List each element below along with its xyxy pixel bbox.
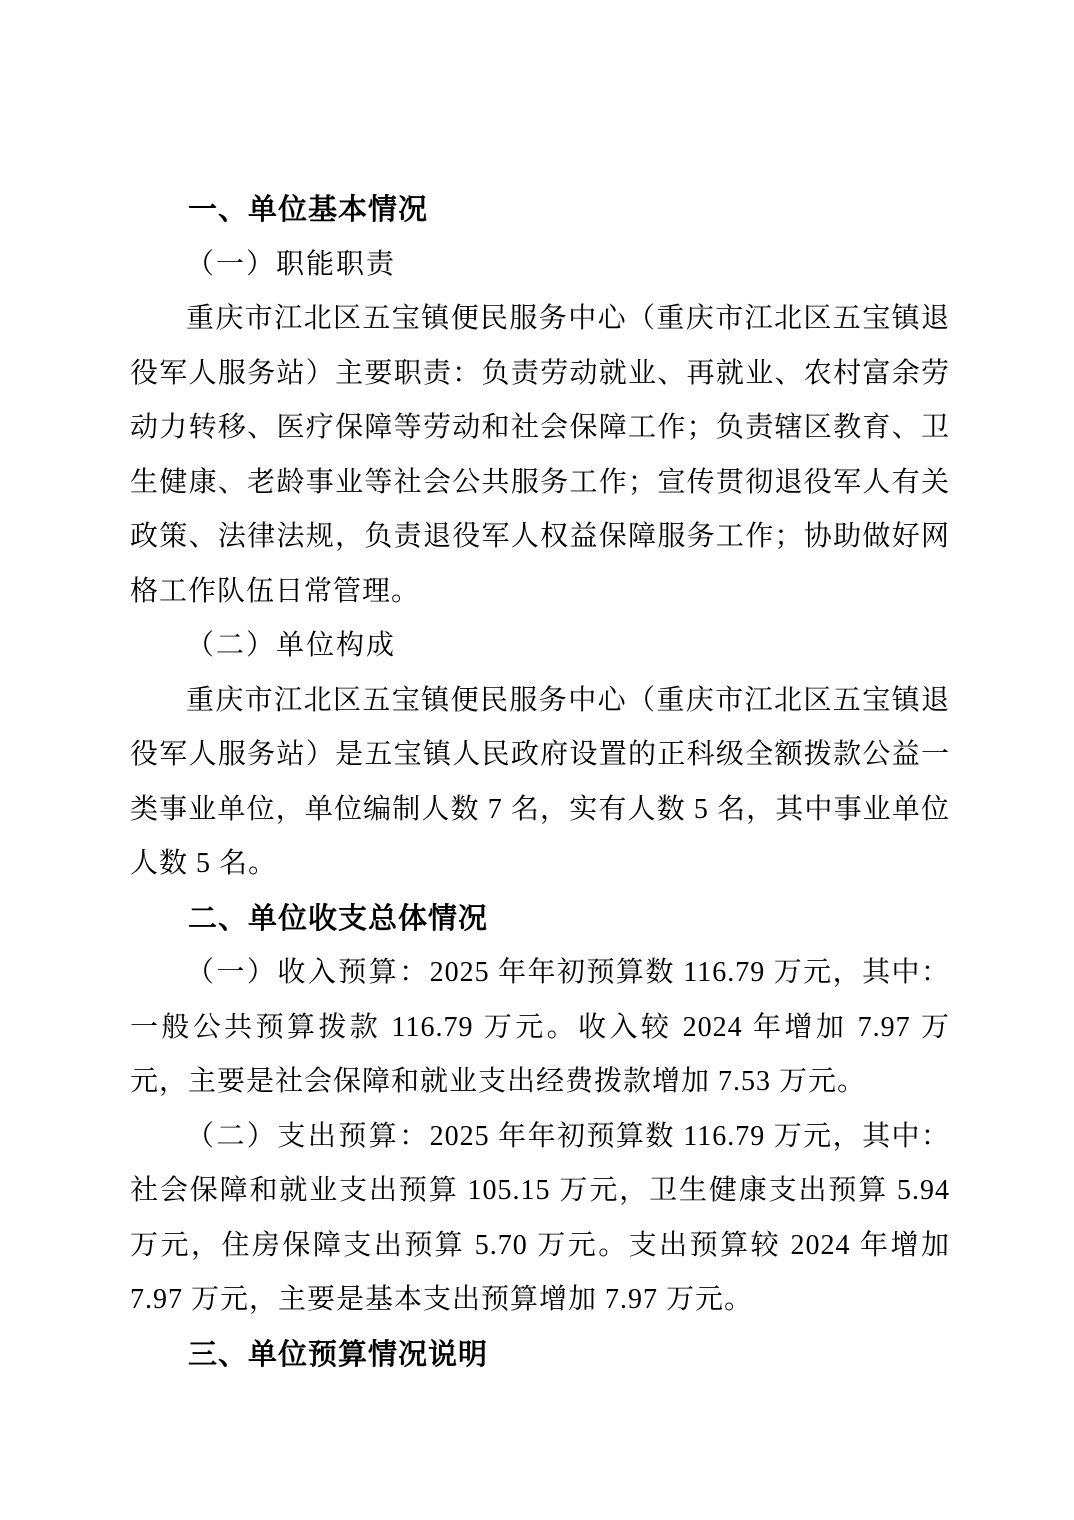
section-heading-basic-info: 一、单位基本情况 [130,183,950,238]
paragraph-expenditure-budget: （二）支出预算：2025 年年初预算数 116.79 万元，其中：社会保障和就业… [130,1110,950,1328]
subheading-duties: （一）职能职责 [130,238,950,293]
section-heading-budget-explanation: 三、单位预算情况说明 [130,1328,950,1383]
section-heading-revenue-expenditure-overview: 二、单位收支总体情况 [130,892,950,947]
expenditure-budget-lead-in: （二）支出预算： [186,1121,430,1152]
paragraph-duties: 重庆市江北区五宝镇便民服务中心（重庆市江北区五宝镇退役军人服务站）主要职责：负责… [130,292,950,619]
income-budget-lead-in: （一）收入预算： [186,957,430,988]
paragraph-income-budget: （一）收入预算：2025 年年初预算数 116.79 万元，其中：一般公共预算拨… [130,946,950,1110]
document-body: 一、单位基本情况 （一）职能职责 重庆市江北区五宝镇便民服务中心（重庆市江北区五… [130,183,950,1382]
paragraph-unit-composition: 重庆市江北区五宝镇便民服务中心（重庆市江北区五宝镇退役军人服务站）是五宝镇人民政… [130,674,950,892]
subheading-unit-composition: （二）单位构成 [130,619,950,674]
document-page: 一、单位基本情况 （一）职能职责 重庆市江北区五宝镇便民服务中心（重庆市江北区五… [0,0,1074,1520]
